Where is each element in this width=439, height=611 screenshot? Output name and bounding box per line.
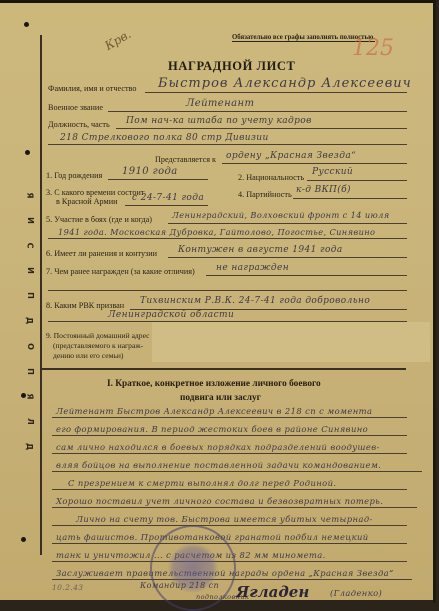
address-label-2: (представляемого к награж- bbox=[53, 341, 143, 350]
nationality-value: Русский bbox=[312, 167, 353, 177]
commander-title: Командир 218 сп bbox=[140, 581, 219, 590]
battles-label: 5. Участие в боях (где и когда) bbox=[46, 215, 152, 224]
rank-value: Лейтенант bbox=[186, 98, 254, 109]
position-value-line1: Пом нач-ка штаба по учету кадров bbox=[126, 116, 312, 126]
margin-letter: О bbox=[26, 343, 35, 350]
section1-line: его формирования. В период жестоких боев… bbox=[56, 424, 368, 434]
margin-letter: Д bbox=[26, 443, 35, 450]
margin-letter: Д bbox=[26, 317, 35, 324]
prior-awards-label: 7. Чем ранее награжден (за какие отличия… bbox=[46, 267, 195, 276]
margin-letter: П bbox=[25, 368, 34, 375]
party-label: 4. Партийность bbox=[238, 190, 292, 199]
wounds-value: Контужен в августе 1941 года bbox=[178, 245, 343, 255]
name-value: Быстров Александр Алексеевич bbox=[158, 76, 412, 91]
party-value: к-д ВКП(б) bbox=[296, 185, 351, 195]
battles-value-line1: Ленинградский, Волховский фронт с 14 июл… bbox=[172, 210, 390, 220]
prior-awards-rule bbox=[206, 275, 407, 276]
section1-line: Лейтенант Быстров Александр Алексеевич в… bbox=[56, 406, 372, 416]
document-date: 10.2.43 bbox=[52, 583, 83, 592]
text-rule bbox=[52, 453, 407, 454]
rank-label: Военное звание bbox=[48, 103, 103, 112]
section1-line: вляя бойцов на выполнение поставленной з… bbox=[56, 460, 381, 470]
margin-vertical-label: Я И С И П Д О П Я Л Д bbox=[23, 191, 37, 451]
award-label: Представляется к bbox=[155, 155, 216, 164]
punch-hole bbox=[25, 150, 30, 155]
award-rule bbox=[222, 163, 407, 164]
text-rule bbox=[52, 471, 422, 472]
text-rule bbox=[52, 417, 407, 418]
margin-letter: Я bbox=[25, 192, 34, 198]
rank-rule bbox=[108, 111, 407, 112]
text-rule bbox=[52, 543, 407, 544]
margin-letter: П bbox=[25, 293, 34, 300]
margin-letter: С bbox=[26, 243, 35, 249]
army-since-rule bbox=[125, 205, 208, 206]
birth-year-value: 1910 года bbox=[122, 166, 178, 177]
scan-edge bbox=[433, 3, 436, 600]
battles-value-line2: 1941 года. Московская Дубровка, Гайтолов… bbox=[58, 227, 375, 237]
position-rule-2 bbox=[48, 144, 407, 145]
birth-year-label: 1. Год рождения bbox=[46, 171, 102, 180]
rvk-value-line1: Тихвинским Р.В.К. 24-7-41 года доброволь… bbox=[140, 296, 370, 306]
margin-letter: Л bbox=[26, 418, 35, 425]
wounds-rule bbox=[168, 257, 407, 258]
margin-letter: И bbox=[25, 217, 34, 224]
section-divider bbox=[40, 368, 406, 370]
birth-year-rule bbox=[108, 179, 208, 180]
battles-rule bbox=[168, 223, 407, 224]
document-title: НАГРАДНОЙ ЛИСТ bbox=[168, 59, 295, 74]
battles-rule-2 bbox=[48, 238, 407, 239]
name-rule bbox=[145, 92, 407, 93]
section1-heading-2: подвига или заслуг bbox=[180, 393, 261, 403]
nationality-label: 2. Национальность bbox=[238, 173, 304, 182]
text-rule bbox=[52, 525, 407, 526]
address-redacted-area bbox=[152, 322, 430, 362]
commander-signature: Ягладен bbox=[236, 583, 309, 600]
position-rule bbox=[116, 128, 407, 129]
rvk-value-line2: Ленинградской области bbox=[108, 310, 234, 320]
wounds-label: 6. Имеет ли ранения и контузии bbox=[46, 249, 157, 258]
text-rule bbox=[52, 507, 417, 508]
army-since-label: 3. С какого времени состоит bbox=[46, 188, 144, 197]
army-since-label-2: в Красной Армии bbox=[56, 197, 117, 206]
section1-line: сам лично находился в боевых порядках по… bbox=[56, 442, 380, 452]
section1-heading: I. Краткое, конкретное изложение личного… bbox=[107, 379, 321, 389]
rvk-label: 8. Каким РВК призван bbox=[46, 301, 124, 310]
position-value-line2: 218 Стрелкового полка 80 стр Дивизии bbox=[60, 133, 269, 143]
pencil-mark: Крв. bbox=[102, 27, 133, 53]
award-sheet-page: Я И С И П Д О П Я Л Д Крв. Обязательно в… bbox=[0, 0, 436, 600]
address-label-3: дению или его семьи) bbox=[53, 351, 123, 360]
address-label: 9. Постоянный домашний адрес bbox=[46, 331, 150, 340]
section1-line: С презрением к смерти выполнял долг пере… bbox=[68, 478, 336, 488]
margin-letter: Я bbox=[25, 393, 34, 399]
prior-awards-rule-2 bbox=[48, 290, 407, 291]
army-since-value: с 24-7-41 года bbox=[132, 193, 204, 203]
margin-letter: И bbox=[25, 267, 34, 274]
nationality-rule bbox=[307, 180, 407, 181]
punch-hole bbox=[21, 537, 26, 542]
section1-line: Хорошо поставил учет личного состава и б… bbox=[56, 496, 383, 506]
section1-line: Лично на счету тов. Быстрова имеется уби… bbox=[76, 514, 373, 524]
position-label: Должность, часть bbox=[48, 120, 110, 129]
party-rule bbox=[293, 198, 407, 199]
prior-awards-value: не награжден bbox=[216, 263, 289, 273]
commander-name: (Гладенко) bbox=[330, 588, 382, 598]
award-value: ордену „Красная Звезда“ bbox=[226, 151, 356, 161]
name-label: Фамилия, имя и отчество bbox=[48, 84, 136, 93]
text-rule bbox=[52, 489, 407, 490]
text-rule bbox=[52, 435, 407, 436]
margin-rule bbox=[40, 35, 42, 555]
archive-number: 125 bbox=[352, 36, 394, 61]
punch-hole bbox=[24, 22, 29, 27]
